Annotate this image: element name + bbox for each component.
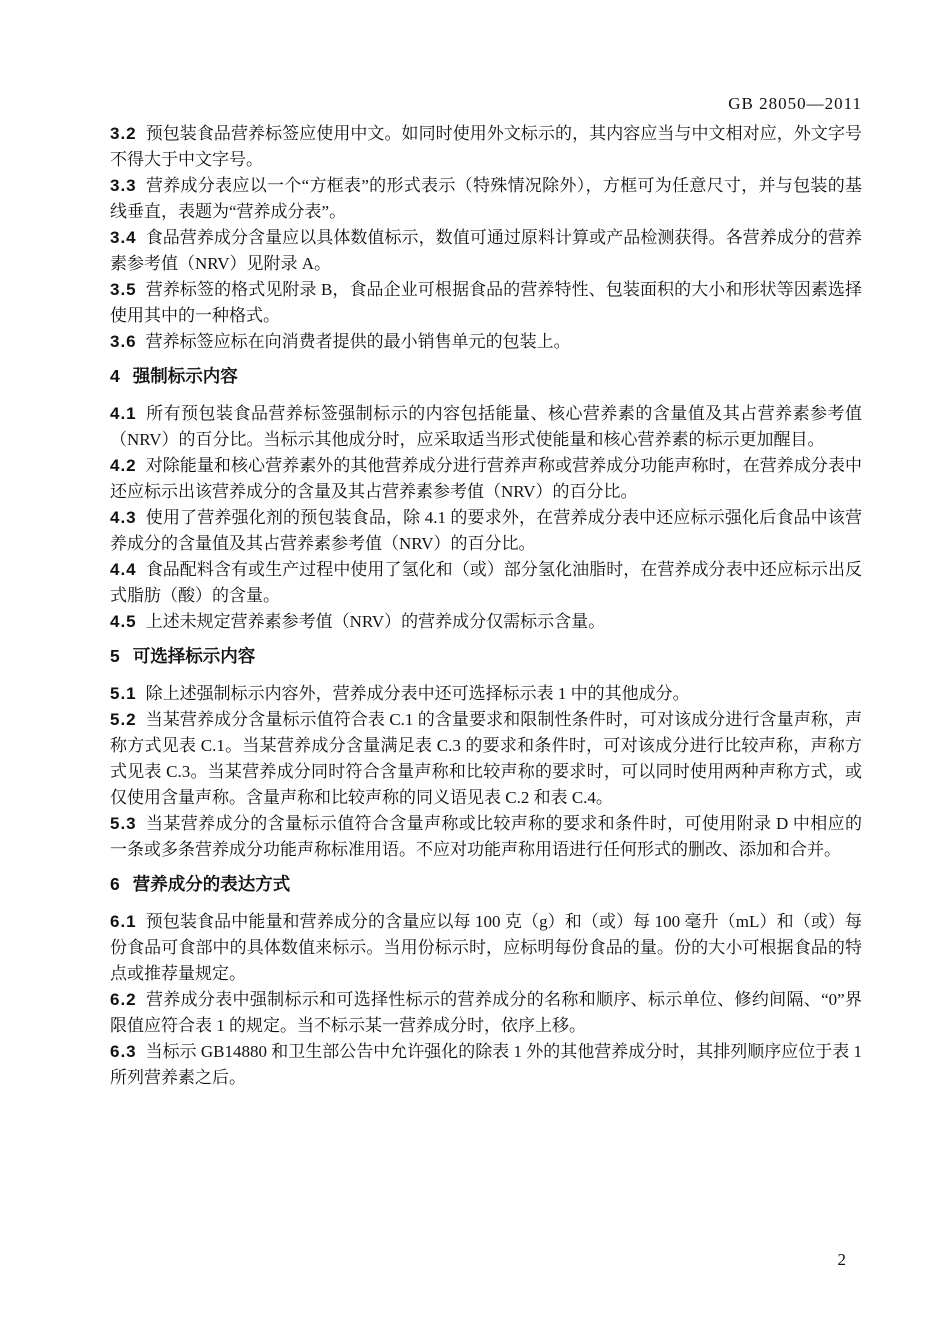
clause-6-1: 6.1预包装食品中能量和营养成分的含量应以每 100 克（g）和（或）每 100… — [110, 909, 862, 987]
section-heading-5: 5可选择标示内容 — [110, 643, 862, 669]
clause-text: 预包装食品中能量和营养成分的含量应以每 100 克（g）和（或）每 100 毫升… — [110, 912, 862, 983]
clause-3-3: 3.3营养成分表应以一个“方框表”的形式表示（特殊情况除外），方框可为任意尺寸，… — [110, 173, 862, 225]
standard-number-header: GB 28050—2011 — [110, 94, 862, 114]
clause-number: 6.3 — [110, 1042, 137, 1061]
clause-text: 食品营养成分含量应以具体数值标示，数值可通过原料计算或产品检测获得。各营养成分的… — [110, 228, 862, 273]
clause-text: 营养标签的格式见附录 B，食品企业可根据食品的营养特性、包装面积的大小和形状等因… — [110, 280, 862, 325]
clause-number: 6.1 — [110, 912, 137, 931]
clause-3-6: 3.6营养标签应标在向消费者提供的最小销售单元的包装上。 — [110, 329, 862, 355]
clause-4-2: 4.2对除能量和核心营养素外的其他营养成分进行营养声称或营养成分功能声称时，在营… — [110, 453, 862, 505]
clause-number: 4.2 — [110, 456, 137, 475]
clause-5-2: 5.2当某营养成分含量标示值符合表 C.1 的含量要求和限制性条件时，可对该成分… — [110, 707, 862, 811]
clause-number: 3.2 — [110, 124, 137, 143]
clause-4-4: 4.4食品配料含有或生产过程中使用了氢化和（或）部分氢化油脂时，在营养成分表中还… — [110, 557, 862, 609]
clause-number: 3.6 — [110, 332, 137, 351]
clause-number: 4.5 — [110, 612, 137, 631]
section-title: 营养成分的表达方式 — [133, 874, 291, 894]
page-number: 2 — [838, 1250, 847, 1270]
clause-number: 3.5 — [110, 280, 137, 299]
section-number: 4 — [110, 366, 121, 386]
clause-5-3: 5.3当某营养成分的含量标示值符合含量声称或比较声称的要求和条件时，可使用附录 … — [110, 811, 862, 863]
section-title: 强制标示内容 — [133, 366, 238, 386]
clause-text: 预包装食品营养标签应使用中文。如同时使用外文标示的，其内容应当与中文相对应，外文… — [110, 124, 862, 169]
section-number: 6 — [110, 874, 121, 894]
clause-text: 所有预包装食品营养标签强制标示的内容包括能量、核心营养素的含量值及其占营养素参考… — [110, 404, 862, 449]
clause-6-3: 6.3当标示 GB14880 和卫生部公告中允许强化的除表 1 外的其他营养成分… — [110, 1039, 862, 1091]
clause-5-1: 5.1除上述强制标示内容外，营养成分表中还可选择标示表 1 中的其他成分。 — [110, 681, 862, 707]
clause-3-5: 3.5营养标签的格式见附录 B，食品企业可根据食品的营养特性、包装面积的大小和形… — [110, 277, 862, 329]
clause-number: 5.2 — [110, 710, 137, 729]
clause-3-4: 3.4食品营养成分含量应以具体数值标示，数值可通过原料计算或产品检测获得。各营养… — [110, 225, 862, 277]
clause-3-2: 3.2预包装食品营养标签应使用中文。如同时使用外文标示的，其内容应当与中文相对应… — [110, 121, 862, 173]
clause-number: 3.3 — [110, 176, 137, 195]
section-heading-6: 6营养成分的表达方式 — [110, 871, 862, 897]
clause-text: 营养成分表中强制标示和可选择性标示的营养成分的名称和顺序、标示单位、修约间隔、“… — [110, 990, 862, 1035]
clause-text: 营养成分表应以一个“方框表”的形式表示（特殊情况除外），方框可为任意尺寸，并与包… — [110, 176, 862, 221]
clause-text: 营养标签应标在向消费者提供的最小销售单元的包装上。 — [146, 332, 571, 351]
clause-number: 4.1 — [110, 404, 137, 423]
clause-4-3: 4.3使用了营养强化剂的预包装食品，除 4.1 的要求外，在营养成分表中还应标示… — [110, 505, 862, 557]
clause-number: 6.2 — [110, 990, 137, 1009]
clause-number: 4.4 — [110, 560, 137, 579]
section-title: 可选择标示内容 — [133, 646, 256, 666]
clause-text: 当标示 GB14880 和卫生部公告中允许强化的除表 1 外的其他营养成分时，其… — [110, 1042, 862, 1087]
clause-number: 5.3 — [110, 814, 137, 833]
section-heading-4: 4强制标示内容 — [110, 363, 862, 389]
clause-text: 除上述强制标示内容外，营养成分表中还可选择标示表 1 中的其他成分。 — [146, 684, 690, 703]
page-content: GB 28050—2011 3.2预包装食品营养标签应使用中文。如同时使用外文标… — [110, 94, 862, 1091]
section-number: 5 — [110, 646, 121, 666]
clause-text: 对除能量和核心营养素外的其他营养成分进行营养声称或营养成分功能声称时，在营养成分… — [110, 456, 862, 501]
clause-text: 当某营养成分的含量标示值符合含量声称或比较声称的要求和条件时，可使用附录 D 中… — [110, 814, 862, 859]
clause-4-5: 4.5上述未规定营养素参考值（NRV）的营养成分仅需标示含量。 — [110, 609, 862, 635]
clause-text: 使用了营养强化剂的预包装食品，除 4.1 的要求外，在营养成分表中还应标示强化后… — [110, 508, 862, 553]
clause-text: 食品配料含有或生产过程中使用了氢化和（或）部分氢化油脂时，在营养成分表中还应标示… — [110, 560, 862, 605]
document-page: GB 28050—2011 3.2预包装食品营养标签应使用中文。如同时使用外文标… — [0, 0, 950, 1344]
clause-4-1: 4.1所有预包装食品营养标签强制标示的内容包括能量、核心营养素的含量值及其占营养… — [110, 401, 862, 453]
clause-text: 上述未规定营养素参考值（NRV）的营养成分仅需标示含量。 — [146, 612, 606, 631]
clause-number: 4.3 — [110, 508, 137, 527]
clause-number: 3.4 — [110, 228, 137, 247]
clause-6-2: 6.2营养成分表中强制标示和可选择性标示的营养成分的名称和顺序、标示单位、修约间… — [110, 987, 862, 1039]
clause-text: 当某营养成分含量标示值符合表 C.1 的含量要求和限制性条件时，可对该成分进行含… — [110, 710, 862, 807]
clause-number: 5.1 — [110, 684, 137, 703]
